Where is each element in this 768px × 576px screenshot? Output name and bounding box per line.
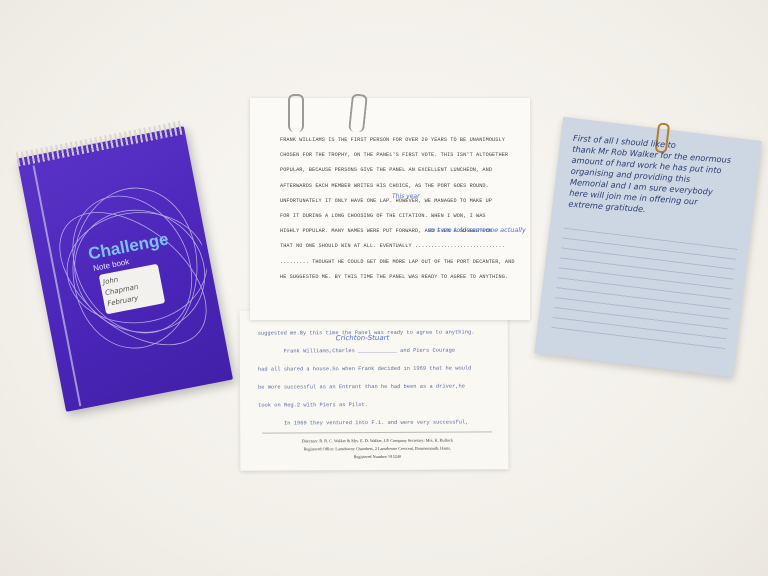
- typed-line: THAT NO ONE SHOULD WIN AT ALL. EVENTUALL…: [280, 239, 520, 254]
- typed-line: ......... THOUGHT HE COULD GET ONE MORE …: [280, 255, 520, 270]
- faded-handwriting: [550, 228, 737, 359]
- typed-speech-page: FRANK WILLIAMS IS THE FIRST PERSON FOR O…: [250, 98, 530, 320]
- paperclip-icon: [288, 94, 304, 132]
- typed-line: FOR IT DURING A LONG CHOOSING OF THE CIT…: [280, 209, 520, 224]
- typed-line: HE SUGGESTED ME. BY THIS TIME THE PANEL …: [280, 270, 520, 285]
- footer-line: Registered Number: 915240: [262, 452, 492, 461]
- typed-line: be more successful as an Entrant than he…: [258, 377, 503, 396]
- handwritten-letter-card: First of all I should like to thank Mr R…: [534, 117, 762, 378]
- typed-line: Frank Williams,Charles ____________ and …: [258, 341, 503, 360]
- typed-letterhead-page: suggested me.By this time the Panel was …: [240, 309, 509, 470]
- typed-text-block: FRANK WILLIAMS IS THE FIRST PERSON FOR O…: [280, 133, 520, 285]
- typed-line: took on Reg.2 with Piers as Pilot.: [258, 395, 503, 414]
- typed-line: POPULAR, BECAUSE PERSONS GIVE THE PANEL …: [280, 163, 520, 178]
- typed-line: AFTERWARDS EACH MEMBER WRITES HIS CHOICE…: [280, 179, 520, 194]
- paperclip-icon: [348, 93, 368, 132]
- handwritten-annotation: Crichton-Stuart: [336, 334, 390, 342]
- typed-line: FRANK WILLIAMS IS THE FIRST PERSON FOR O…: [280, 133, 520, 148]
- typed-line: CHOSEN FOR THE TROPHY, ON THE PANEL'S FI…: [280, 148, 520, 163]
- handwritten-text: First of all I should like to thank Mr R…: [568, 133, 753, 222]
- typed-line: had all shared a house.So when Frank dec…: [258, 359, 503, 378]
- letterhead-footer: Directors: R. R. C. Walker & Mrs. E. D. …: [262, 431, 492, 461]
- handwritten-annotation: This year: [392, 193, 420, 200]
- typed-line: In 1969 they ventured into F.1. and were…: [258, 413, 503, 432]
- handwritten-annotation: so I am told someone actually: [428, 226, 526, 234]
